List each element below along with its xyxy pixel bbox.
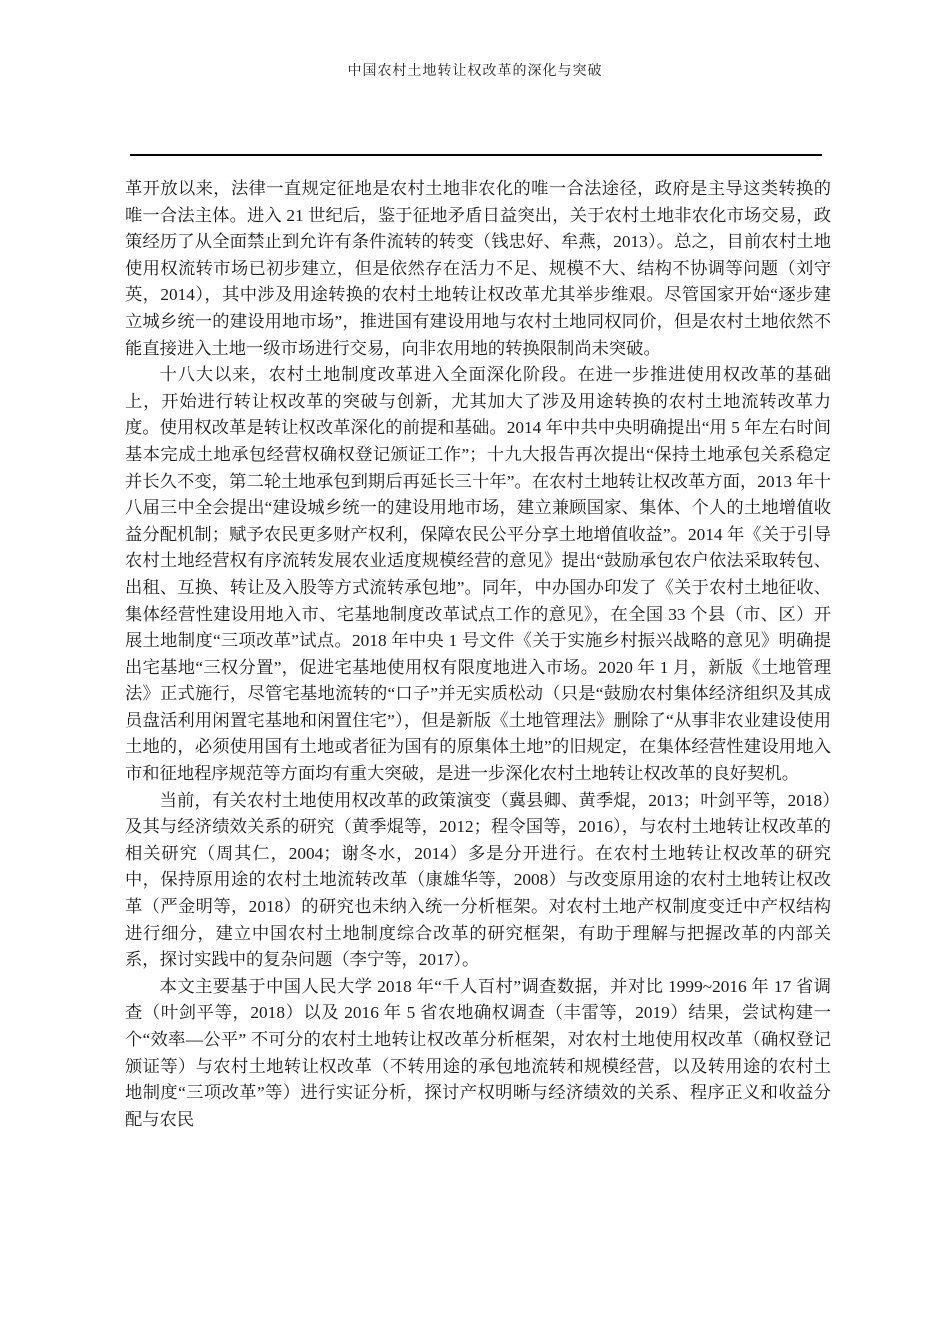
document-page: 中国农村土地转让权改革的深化与突破 革开放以来，法律一直规定征地是农村土地非农化… — [0, 0, 950, 1344]
paragraph-2: 十八大以来，农村土地制度改革进入全面深化阶段。在进一步推进使用权改革的基础上，开… — [125, 362, 831, 788]
paragraph-4: 本文主要基于中国人民大学 2018 年“千人百村”调查数据，并对比 1999~2… — [125, 974, 831, 1134]
paragraph-1: 革开放以来，法律一直规定征地是农村土地非农化的唯一合法途径，政府是主导这类转换的… — [125, 176, 831, 362]
document-body: 革开放以来，法律一直规定征地是农村土地非农化的唯一合法途径，政府是主导这类转换的… — [125, 176, 831, 1133]
header-rule-divider — [130, 154, 822, 156]
running-head-title: 中国农村土地转让权改革的深化与突破 — [0, 60, 950, 80]
paragraph-3: 当前，有关农村土地使用权改革的政策演变（冀县卿、黄季焜，2013；叶剑平等，20… — [125, 788, 831, 974]
